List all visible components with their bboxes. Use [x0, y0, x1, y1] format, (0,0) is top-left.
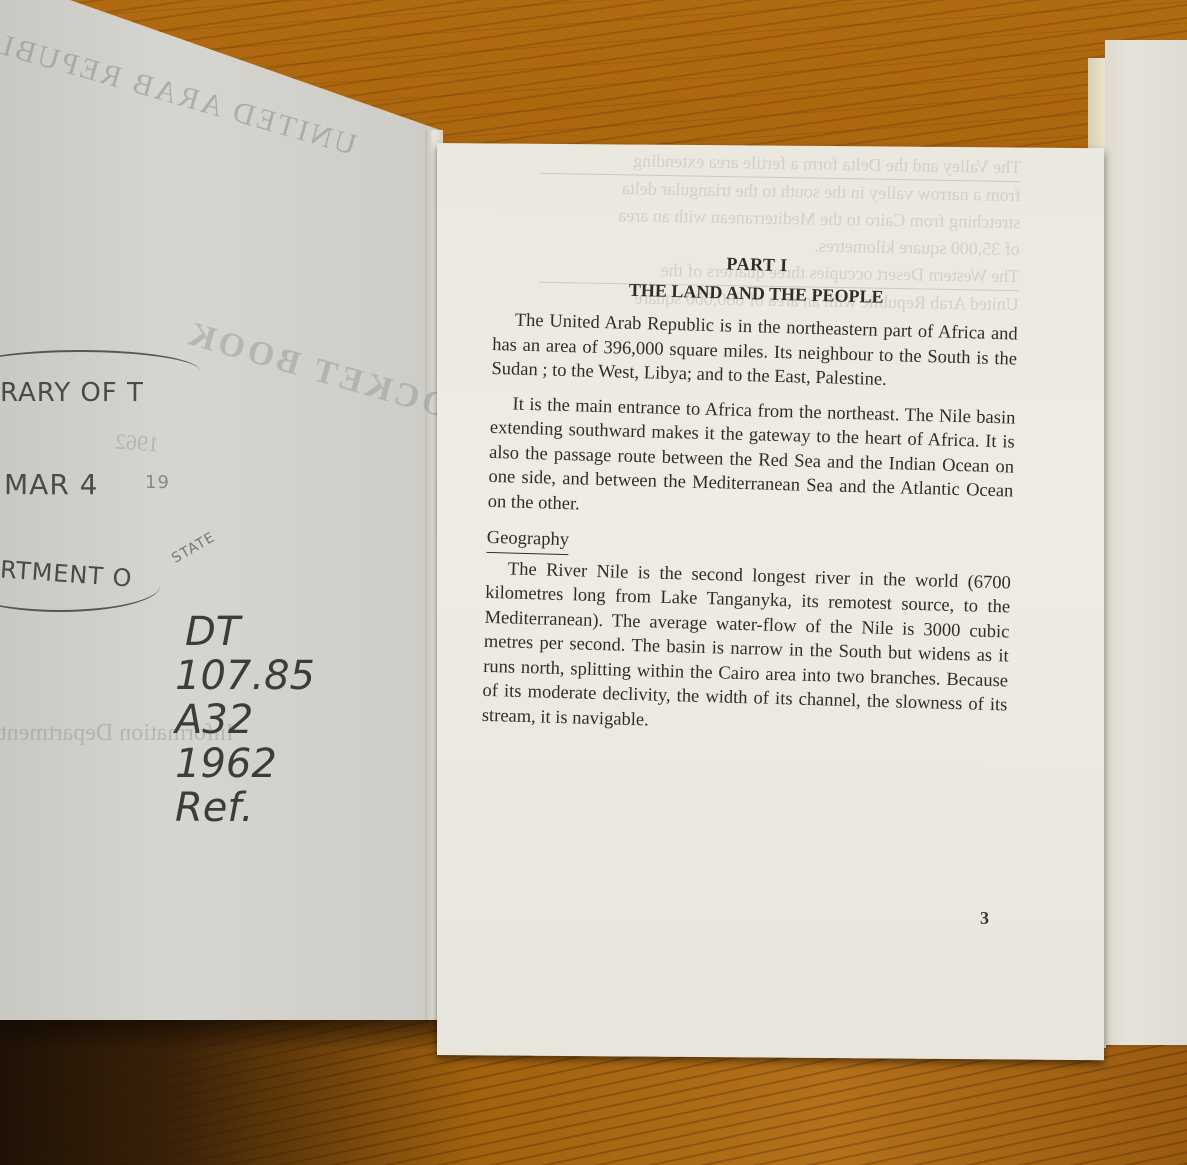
call-number-cutter: A32 [175, 698, 315, 742]
paragraph: The River Nile is the second longest riv… [482, 556, 1012, 742]
page-text: PART I THE LAND AND THE PEOPLE The Unite… [481, 245, 1020, 752]
call-number: DT 107.85 A32 1962 Ref. [175, 610, 315, 830]
stamp-year: 19 [145, 472, 170, 493]
bleed-through-year: 1962 [114, 428, 160, 457]
page-number: 3 [980, 908, 989, 929]
stamp-line-1: RARY OF T [0, 378, 144, 408]
call-number-year: 1962 [175, 742, 315, 786]
adjacent-book [1105, 40, 1187, 1045]
stamp-date: MAR 4 [4, 468, 98, 501]
bleed-through-title: UNITED ARAB REPUBLIC [20, 70, 380, 190]
section-heading: Geography [486, 526, 569, 555]
call-number-ref: Ref. [175, 786, 315, 830]
paragraph: It is the main entrance to Africa from t… [487, 391, 1015, 528]
paragraph: The United Arab Republic is in the north… [491, 308, 1018, 396]
call-number-class: DT [185, 610, 315, 654]
call-number-number: 107.85 [175, 654, 315, 698]
